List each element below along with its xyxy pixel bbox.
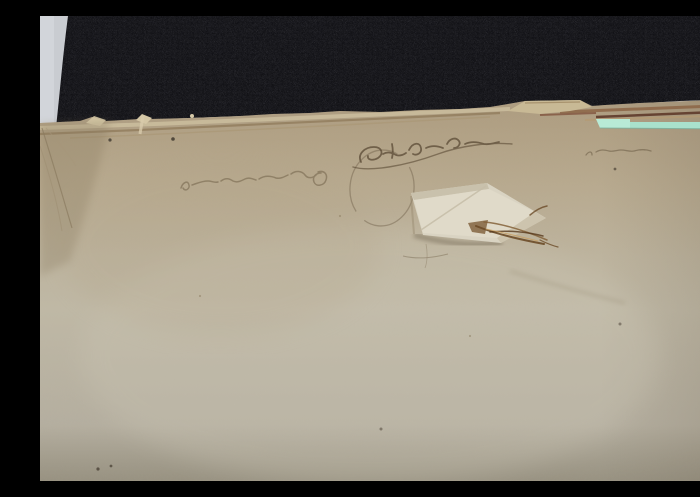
photo-canvas [40,16,700,481]
book-photograph [40,16,700,481]
